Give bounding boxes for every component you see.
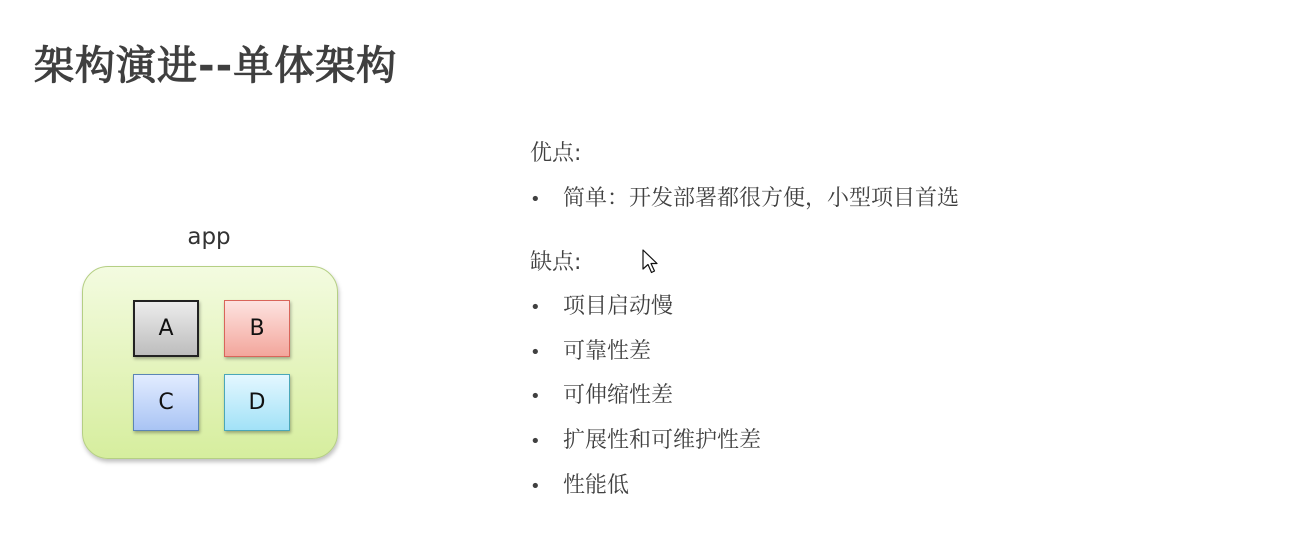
pros-heading: 优点: bbox=[530, 136, 581, 167]
app-container bbox=[82, 266, 338, 459]
cons-item: •可伸缩性差 bbox=[530, 378, 673, 409]
slide-title: 架构演进--单体架构 bbox=[34, 40, 397, 92]
cons-item-text: 性能低 bbox=[563, 473, 629, 498]
cons-item-text: 项目启动慢 bbox=[563, 294, 673, 319]
cons-item-text: 可靠性差 bbox=[563, 339, 651, 364]
module-b: B bbox=[224, 300, 290, 357]
mouse-cursor-icon bbox=[642, 249, 660, 275]
bullet-icon: • bbox=[530, 476, 563, 497]
module-d: D bbox=[224, 374, 290, 431]
cons-heading: 缺点: bbox=[530, 245, 581, 276]
cons-item: •可靠性差 bbox=[530, 334, 651, 365]
cons-item: •项目启动慢 bbox=[530, 289, 673, 320]
pros-item-text: 简单：开发部署都很方便，小型项目首选 bbox=[563, 186, 959, 211]
cons-item-text: 扩展性和可维护性差 bbox=[563, 428, 761, 453]
pros-item: •简单：开发部署都很方便，小型项目首选 bbox=[530, 181, 959, 212]
module-c: C bbox=[133, 374, 199, 431]
bullet-icon: • bbox=[530, 431, 563, 452]
cons-item: •性能低 bbox=[530, 468, 629, 499]
cons-item-text: 可伸缩性差 bbox=[563, 383, 673, 408]
bullet-icon: • bbox=[530, 386, 563, 407]
bullet-icon: • bbox=[530, 297, 563, 318]
app-container-label: app bbox=[180, 224, 238, 250]
module-a: A bbox=[133, 300, 199, 357]
cons-item: •扩展性和可维护性差 bbox=[530, 423, 761, 454]
bullet-icon: • bbox=[530, 342, 563, 363]
bullet-icon: • bbox=[530, 189, 563, 210]
